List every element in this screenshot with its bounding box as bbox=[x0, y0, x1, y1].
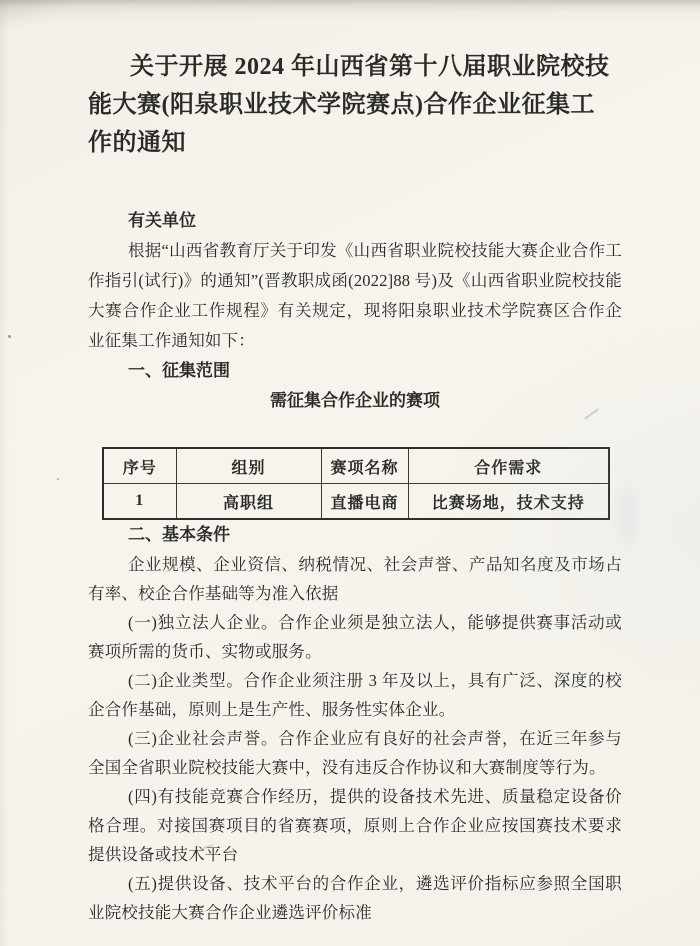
table-row: 1 高职组 直播电商 比赛场地，技术支持 bbox=[103, 484, 609, 520]
table-cell-index: 1 bbox=[103, 484, 176, 520]
table-cell-event-name: 直播电商 bbox=[321, 484, 408, 520]
section-2-heading: 二、基本条件 bbox=[88, 520, 622, 550]
table-cell-group: 高职组 bbox=[176, 484, 321, 520]
section-2-lead-paragraph: 企业规模、企业资信、纳税情况、社会声誉、产品知名度及市场占有率、校企合作基础等为… bbox=[88, 550, 622, 608]
notice-intro-paragraph: 根据“山西省教育厅关于印发《山西省职业院校技能大赛企业合作工作指引(试行)》的通… bbox=[88, 236, 622, 356]
table-cell-cooperation-needs: 比赛场地，技术支持 bbox=[408, 484, 609, 520]
table-header-cooperation-needs: 合作需求 bbox=[408, 448, 609, 484]
notice-title-line-2: 能大赛(阳泉职业技术学院赛点)合作企业征集工 bbox=[88, 86, 622, 124]
table-caption: 需征集合作企业的赛项 bbox=[88, 386, 622, 416]
notice-title-line-1: 关于开展 2024 年山西省第十八届职业院校技 bbox=[88, 48, 622, 86]
scan-artifact-speck bbox=[57, 478, 59, 480]
notice-content: 关于开展 2024 年山西省第十八届职业院校技 能大赛(阳泉职业技术学院赛点)合… bbox=[88, 0, 622, 927]
condition-item-5: (五)提供设备、技术平台的合作企业，遴选评价指标应参照全国职业院校技能大赛合作企… bbox=[88, 869, 622, 927]
table-header-group: 组别 bbox=[176, 448, 321, 484]
table-header-event-name: 赛项名称 bbox=[321, 448, 408, 484]
section-1-heading: 一、征集范围 bbox=[88, 356, 622, 386]
table-header-index: 序号 bbox=[103, 448, 176, 484]
notice-title: 关于开展 2024 年山西省第十八届职业院校技 能大赛(阳泉职业技术学院赛点)合… bbox=[88, 48, 622, 162]
notice-title-line-3: 作的通知 bbox=[88, 124, 622, 162]
condition-item-2: (二)企业类型。合作企业须注册 3 年及以上，具有广泛、深度的校企合作基础，原则… bbox=[88, 666, 622, 724]
condition-item-1: (一)独立法人企业。合作企业须是独立法人，能够提供赛事活动或赛项所需的货币、实物… bbox=[88, 608, 622, 666]
scan-artifact-speck bbox=[8, 335, 11, 338]
condition-item-3: (三)企业社会声誉。合作企业应有良好的社会声誉，在近三年参与全国全省职业院校技能… bbox=[88, 724, 622, 782]
events-table: 序号 组别 赛项名称 合作需求 1 高职组 直播电商 比赛场地，技术支持 bbox=[102, 447, 610, 520]
condition-item-4: (四)有技能竞赛合作经历，提供的设备技术先进、质量稳定设备价格合理。对接国赛项目… bbox=[88, 782, 622, 869]
table-header-row: 序号 组别 赛项名称 合作需求 bbox=[103, 448, 609, 484]
scanned-notice-page: 关于开展 2024 年山西省第十八届职业院校技 能大赛(阳泉职业技术学院赛点)合… bbox=[0, 0, 700, 946]
section-2: 二、基本条件 企业规模、企业资信、纳税情况、社会声誉、产品知名度及市场占有率、校… bbox=[88, 520, 622, 927]
notice-salutation: 有关单位 bbox=[88, 206, 622, 236]
